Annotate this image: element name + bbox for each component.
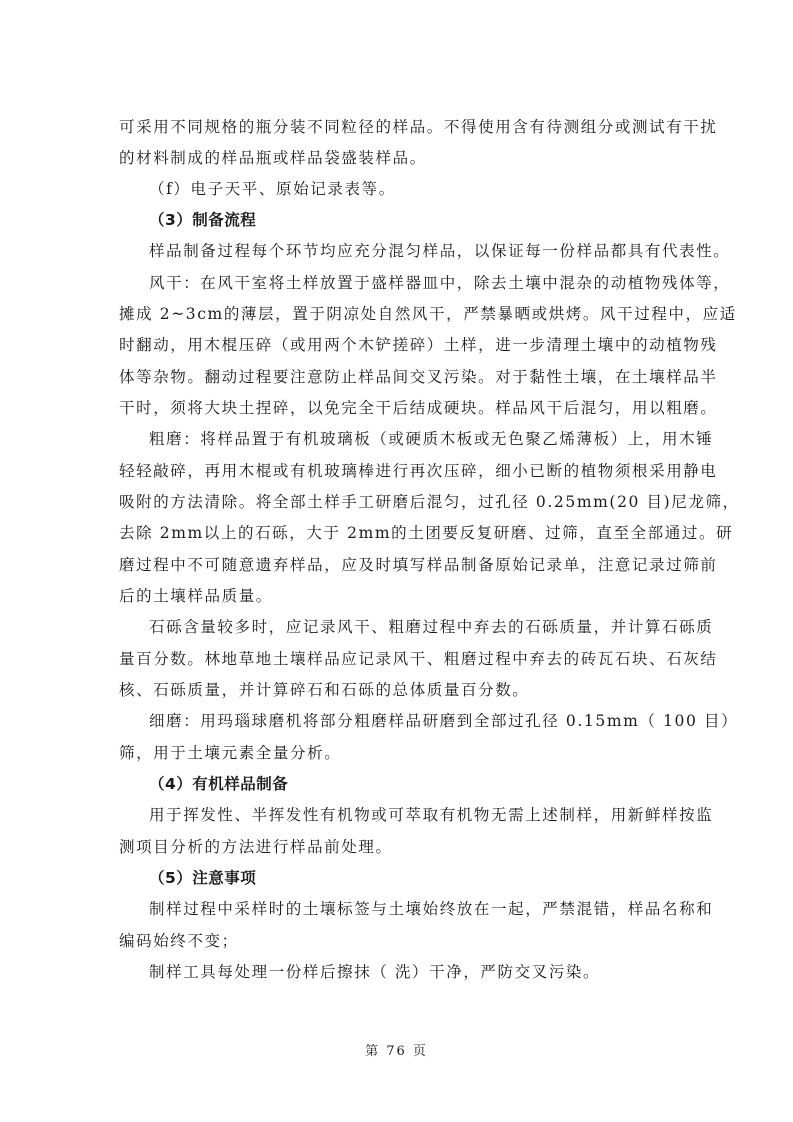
paragraph-line: 摊成 2~3cm的薄层，置于阴凉处自然风干，严禁暴晒或烘烤。风干过程中，应适 [119, 304, 737, 324]
section-heading: （3）制备流程 [149, 210, 256, 230]
paragraph-line: 的材料制成的样品瓶或样品袋盛装样品。 [119, 148, 427, 168]
paragraph-line: 后的土壤样品质量。 [119, 586, 273, 606]
paragraph-line: 样品制备过程每个环节均应充分混匀样品，以保证每一份样品都具有代表性。 [149, 241, 730, 261]
paragraph-line: 去除 2mm以上的石砾，大于 2mm的土团要反复研磨、过筛，直至全部通过。研 [119, 523, 733, 543]
paragraph-line: （f）电子天平、原始记录表等。 [149, 179, 396, 199]
paragraph-line: 制样工具每处理一份样后擦抹（ 洗）干净，严防交叉污染。 [149, 962, 600, 982]
paragraph-line: 时翻动，用木棍压碎（或用两个木铲搓碎）土样，进一步清理土壤中的动植物残 [119, 335, 718, 355]
paragraph-line: 细磨：用玛瑙球磨机将部分粗磨样品研磨到全部过孔径 0.15mm（ 100 目） [149, 711, 738, 731]
paragraph-line: 体等杂物。翻动过程要注意防止样品间交叉污染。对于黏性土壤，在土壤样品半 [119, 367, 718, 387]
paragraph-line: 用于挥发性、半挥发性有机物或可萃取有机物无需上述制样，用新鲜样按监 [149, 805, 713, 825]
paragraph-line: 编码始终不变； [119, 931, 239, 951]
paragraph-line: 测项目分析的方法进行样品前处理。 [119, 837, 393, 857]
section-heading: （5）注意事项 [149, 868, 256, 888]
paragraph-line: 粗磨：将样品置于有机玻璃板（或硬质木板或无色聚乙烯薄板）上，用木锤 [149, 429, 713, 449]
paragraph-line: 核、石砾质量，并计算碎石和石砾的总体质量百分数。 [119, 680, 529, 700]
paragraph-line: 吸附的方法清除。将全部土样手工研磨后混匀，过孔径 0.25mm(20 目)尼龙筛… [119, 492, 740, 512]
paragraph-line: 风干：在风干室将土样放置于盛样器皿中，除去土壤中混杂的动植物残体等， [149, 273, 730, 293]
paragraph-line: 干时，须将大块土捏碎，以免完全干后结成硬块。样品风干后混匀，用以粗磨。 [119, 398, 718, 418]
paragraph-line: 筛，用于土壤元素全量分析。 [119, 743, 341, 763]
page-number-footer: 第 76 页 [0, 1040, 793, 1059]
paragraph-line: 石砾含量较多时，应记录风干、粗磨过程中弃去的石砾质量，并计算石砾质 [149, 617, 713, 637]
paragraph-line: 量百分数。林地草地土壤样品应记录风干、粗磨过程中弃去的砖瓦石块、石灰结 [119, 649, 718, 669]
paragraph-line: 制样过程中采样时的土壤标签与土壤始终放在一起，严禁混错，样品名称和 [149, 899, 713, 919]
paragraph-line: 轻轻敲碎，再用木棍或有机玻璃棒进行再次压碎，细小已断的植物须根采用静电 [119, 461, 718, 481]
paragraph-line: 磨过程中不可随意遗弃样品，应及时填写样品制备原始记录单，注意记录过筛前 [119, 555, 718, 575]
section-heading: （4）有机样品制备 [149, 774, 288, 794]
paragraph-line: 可采用不同规格的瓶分装不同粒径的样品。不得使用含有待测组分或测试有干扰 [119, 117, 718, 137]
